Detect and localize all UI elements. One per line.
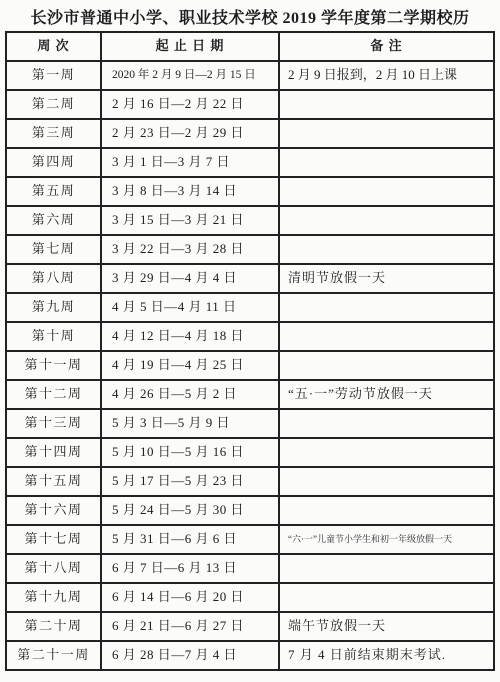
note-cell — [279, 119, 494, 148]
table-row: 第十二周 4 月 26 日—5 月 2 日 “五·一”劳动节放假一天 — [6, 380, 494, 409]
week-cell: 第十五周 — [6, 467, 101, 496]
week-cell: 第十周 — [6, 322, 101, 351]
date-cell: 3 月 8 日—3 月 14 日 — [101, 177, 279, 206]
note-cell — [279, 90, 494, 119]
calendar-document: 长沙市普通中小学、职业技术学校 2019 学年度第二学期校历 周 次 起 止 日… — [0, 0, 500, 682]
week-cell: 第十九周 — [6, 583, 101, 612]
table-row: 第十八周 6 月 7 日—6 月 13 日 — [6, 554, 494, 583]
date-cell: 3 月 22 日—3 月 28 日 — [101, 235, 279, 264]
week-cell: 第十八周 — [6, 554, 101, 583]
header-week: 周 次 — [6, 32, 101, 61]
date-cell: 2 月 23 日—2 月 29 日 — [101, 119, 279, 148]
note-cell — [279, 351, 494, 380]
table-row: 第十周 4 月 12 日—4 月 18 日 — [6, 322, 494, 351]
week-cell: 第二十周 — [6, 612, 101, 641]
week-cell: 第九周 — [6, 293, 101, 322]
note-cell — [279, 322, 494, 351]
note-cell: 清明节放假一天 — [279, 264, 494, 293]
date-cell: 2 月 16 日—2 月 22 日 — [101, 90, 279, 119]
date-cell: 5 月 17 日—5 月 23 日 — [101, 467, 279, 496]
table-row: 第一周 2020 年 2 月 9 日—2 月 15 日 2 月 9 日报到，2 … — [6, 61, 494, 90]
note-cell — [279, 206, 494, 235]
week-cell: 第五周 — [6, 177, 101, 206]
table-row: 第八周 3 月 29 日—4 月 4 日 清明节放假一天 — [6, 264, 494, 293]
date-cell: 5 月 3 日—5 月 9 日 — [101, 409, 279, 438]
header-dates: 起 止 日 期 — [101, 32, 279, 61]
date-cell: 4 月 19 日—4 月 25 日 — [101, 351, 279, 380]
week-cell: 第三周 — [6, 119, 101, 148]
week-cell: 第十六周 — [6, 496, 101, 525]
table-row: 第四周 3 月 1 日—3 月 7 日 — [6, 148, 494, 177]
week-cell: 第十二周 — [6, 380, 101, 409]
week-cell: 第一周 — [6, 61, 101, 90]
date-cell: 4 月 12 日—4 月 18 日 — [101, 322, 279, 351]
page-title: 长沙市普通中小学、职业技术学校 2019 学年度第二学期校历 — [0, 0, 500, 31]
date-cell: 5 月 10 日—5 月 16 日 — [101, 438, 279, 467]
table-row: 第十三周 5 月 3 日—5 月 9 日 — [6, 409, 494, 438]
date-cell: 3 月 15 日—3 月 21 日 — [101, 206, 279, 235]
note-cell — [279, 583, 494, 612]
week-cell: 第十四周 — [6, 438, 101, 467]
date-cell: 2020 年 2 月 9 日—2 月 15 日 — [101, 61, 279, 90]
table-row: 第二十周 6 月 21 日—6 月 27 日 端午节放假一天 — [6, 612, 494, 641]
date-cell: 6 月 7 日—6 月 13 日 — [101, 554, 279, 583]
table-row: 第二十一周 6 月 28 日—7 月 4 日 7 月 4 日前结束期末考试. — [6, 641, 494, 670]
note-cell — [279, 293, 494, 322]
note-cell: 2 月 9 日报到，2 月 10 日上课 — [279, 61, 494, 90]
date-cell: 6 月 14 日—6 月 20 日 — [101, 583, 279, 612]
note-cell — [279, 496, 494, 525]
table-row: 第十一周 4 月 19 日—4 月 25 日 — [6, 351, 494, 380]
date-cell: 5 月 31 日—6 月 6 日 — [101, 525, 279, 554]
table-row: 第十七周 5 月 31 日—6 月 6 日 “六·一”儿童节小学生和初一年级放假… — [6, 525, 494, 554]
table-row: 第五周 3 月 8 日—3 月 14 日 — [6, 177, 494, 206]
week-cell: 第七周 — [6, 235, 101, 264]
date-cell: 6 月 28 日—7 月 4 日 — [101, 641, 279, 670]
date-cell: 6 月 21 日—6 月 27 日 — [101, 612, 279, 641]
note-cell — [279, 409, 494, 438]
date-cell: 4 月 26 日—5 月 2 日 — [101, 380, 279, 409]
note-cell: 端午节放假一天 — [279, 612, 494, 641]
note-cell: “五·一”劳动节放假一天 — [279, 380, 494, 409]
week-cell: 第六周 — [6, 206, 101, 235]
date-cell: 4 月 5 日—4 月 11 日 — [101, 293, 279, 322]
note-cell: 7 月 4 日前结束期末考试. — [279, 641, 494, 670]
note-cell: “六·一”儿童节小学生和初一年级放假一天 — [279, 525, 494, 554]
header-row: 周 次 起 止 日 期 备 注 — [6, 32, 494, 61]
table-row: 第十四周 5 月 10 日—5 月 16 日 — [6, 438, 494, 467]
table-row: 第三周 2 月 23 日—2 月 29 日 — [6, 119, 494, 148]
week-cell: 第四周 — [6, 148, 101, 177]
note-cell — [279, 467, 494, 496]
week-cell: 第二周 — [6, 90, 101, 119]
date-cell: 3 月 1 日—3 月 7 日 — [101, 148, 279, 177]
table-row: 第十六周 5 月 24 日—5 月 30 日 — [6, 496, 494, 525]
table-row: 第七周 3 月 22 日—3 月 28 日 — [6, 235, 494, 264]
date-cell: 3 月 29 日—4 月 4 日 — [101, 264, 279, 293]
header-notes: 备 注 — [279, 32, 494, 61]
note-cell — [279, 235, 494, 264]
note-cell — [279, 438, 494, 467]
date-cell: 5 月 24 日—5 月 30 日 — [101, 496, 279, 525]
note-cell — [279, 177, 494, 206]
week-cell: 第十三周 — [6, 409, 101, 438]
table-row: 第二周 2 月 16 日—2 月 22 日 — [6, 90, 494, 119]
table-row: 第六周 3 月 15 日—3 月 21 日 — [6, 206, 494, 235]
table-row: 第十五周 5 月 17 日—5 月 23 日 — [6, 467, 494, 496]
note-cell — [279, 148, 494, 177]
note-cell — [279, 554, 494, 583]
calendar-table: 周 次 起 止 日 期 备 注 第一周 2020 年 2 月 9 日—2 月 1… — [5, 31, 495, 671]
week-cell: 第十七周 — [6, 525, 101, 554]
table-row: 第九周 4 月 5 日—4 月 11 日 — [6, 293, 494, 322]
week-cell: 第十一周 — [6, 351, 101, 380]
week-cell: 第二十一周 — [6, 641, 101, 670]
week-cell: 第八周 — [6, 264, 101, 293]
table-row: 第十九周 6 月 14 日—6 月 20 日 — [6, 583, 494, 612]
